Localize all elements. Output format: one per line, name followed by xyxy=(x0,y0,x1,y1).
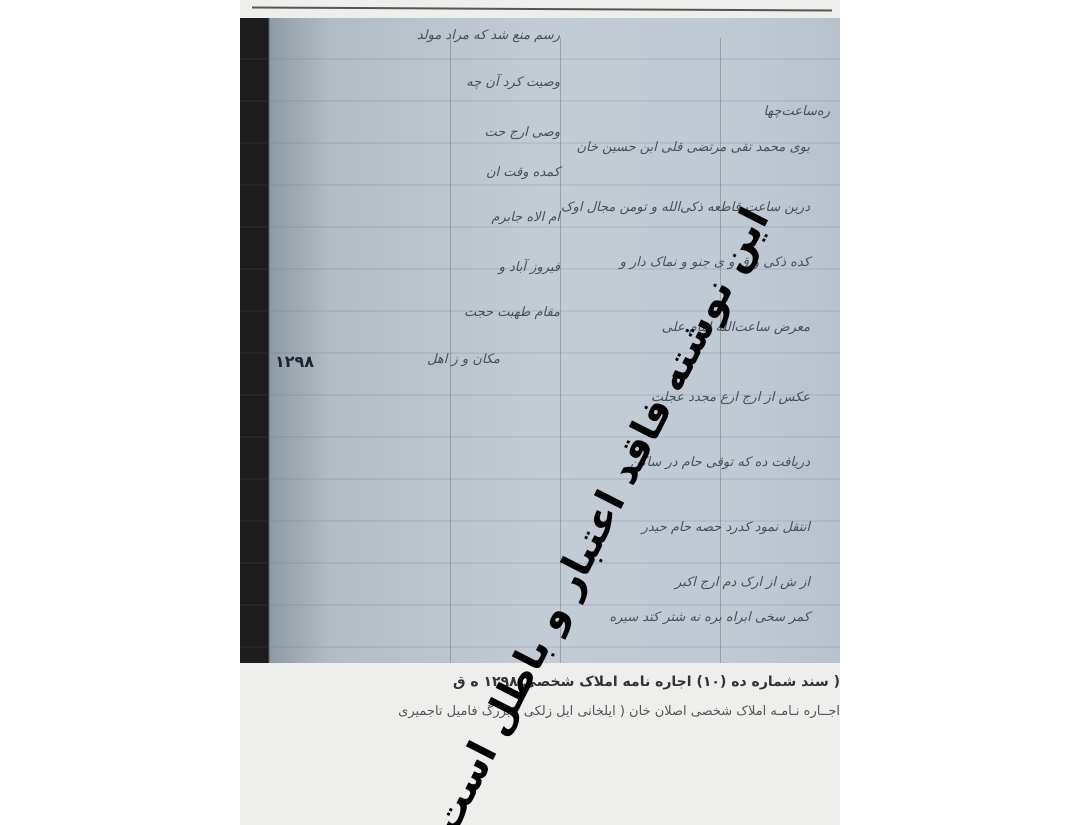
handwritten-line: ره‌ساعت‌چها xyxy=(764,104,830,119)
caption-subtitle: اجــاره نـامـه املاک شخصی اصلان خان ( ای… xyxy=(290,704,840,719)
handwritten-line: وصیت کرد آن چه xyxy=(466,75,560,90)
document-photo xyxy=(240,18,840,663)
column-divider xyxy=(720,38,721,663)
handwritten-line: کمده وقت ان xyxy=(486,165,560,180)
column-divider xyxy=(450,38,451,663)
handwritten-line: درین ساعت قاطعه ذکی‌الله و تومن مجال اوک xyxy=(561,200,810,215)
handwritten-line: مکان و ز اهل xyxy=(427,352,500,367)
handwritten-line: کمر سخی ابراه بره نه شتر کتد سیره xyxy=(609,610,810,625)
caption-title: ( سند شماره ده (۱۰) اجاره نامه املاک شخص… xyxy=(290,674,840,690)
handwritten-line: فیروز آباد و xyxy=(499,260,560,275)
handwritten-line: رسم منع شد که مراد مولد xyxy=(417,28,560,43)
handwritten-line: وصی ارج حت xyxy=(485,125,561,140)
handwritten-line: ام الاه جابرم xyxy=(491,210,560,225)
page-top-rule xyxy=(252,6,832,11)
handwritten-line: از ش از ارک دم ارج اکبر xyxy=(675,575,810,590)
handwritten-line: مقام طهبت حجت xyxy=(464,305,560,320)
handwritten-line: انتقل نمود کدرد حصه حام حیدر xyxy=(642,520,810,535)
handwritten-line: بوی محمد تقی مرتضی قلی ابن حسین خان xyxy=(577,140,811,155)
ledger-number: ۱۲۹۸ xyxy=(275,352,314,371)
